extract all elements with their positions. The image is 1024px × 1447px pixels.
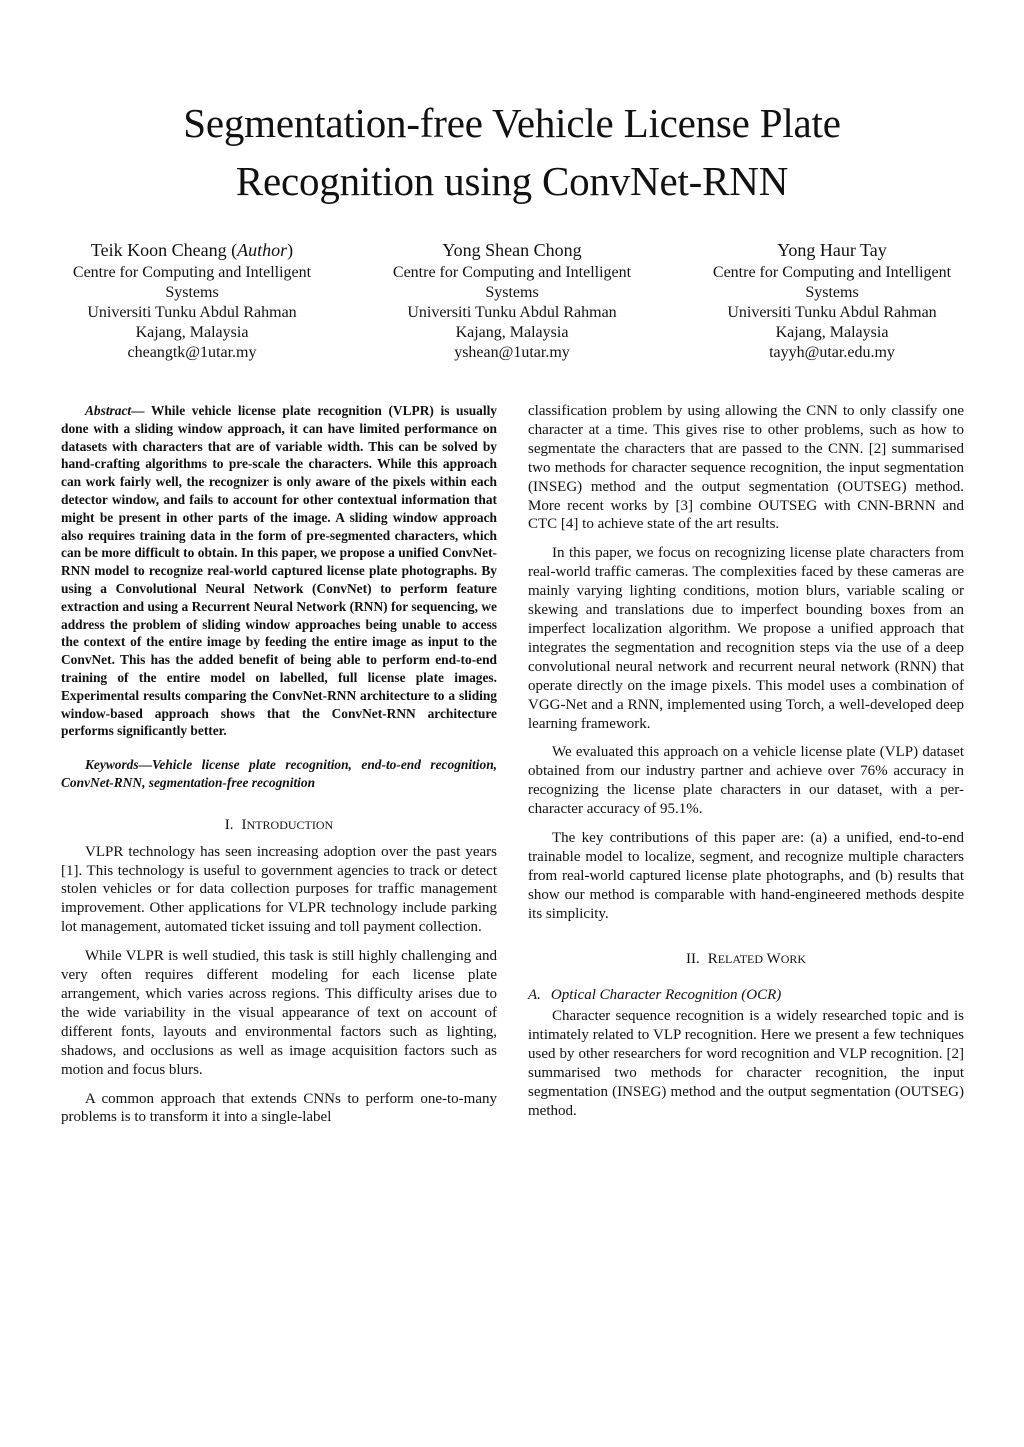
author-university: Universiti Tunku Abdul Rahman [672,303,992,323]
title-line-1: Segmentation-free Vehicle License Plate [0,94,1024,152]
title-line-2: Recognition using ConvNet-RNN [0,152,1024,210]
author-2: Yong Shean Chong Centre for Computing an… [352,238,672,363]
paragraph: VLPR technology has seen increasing adop… [61,843,497,938]
author-role: Author [237,240,287,260]
paper-title: Segmentation-free Vehicle License Plate … [0,94,1024,210]
author-affiliation: Centre for Computing and Intelligent [672,263,992,283]
author-affiliation-2: Systems [32,283,352,303]
paragraph: We evaluated this approach on a vehicle … [528,743,964,819]
author-university: Universiti Tunku Abdul Rahman [352,303,672,323]
abstract-label: Abstract [85,403,131,418]
author-name: Teik Koon Cheang [91,240,227,260]
paragraph: While VLPR is well studied, this task is… [61,947,497,1079]
author-block: Teik Koon Cheang (Author) Centre for Com… [32,238,992,363]
keywords: Keywords—Vehicle license plate recogniti… [61,756,497,792]
author-name: Yong Haur Tay [672,238,992,262]
right-column: classification problem by using allowing… [528,402,964,1131]
author-location: Kajang, Malaysia [32,323,352,343]
author-affiliation: Centre for Computing and Intelligent [32,263,352,283]
author-1: Teik Koon Cheang (Author) Centre for Com… [32,238,352,363]
author-3: Yong Haur Tay Centre for Computing and I… [672,238,992,363]
author-affiliation: Centre for Computing and Intelligent [352,263,672,283]
author-email: cheangtk@1utar.my [32,343,352,363]
keywords-label: Keywords— [85,757,152,772]
author-name: Yong Shean Chong [352,238,672,262]
subsection-heading-ocr: A.Optical Character Recognition (OCR) [528,986,964,1005]
paragraph: The key contributions of this paper are:… [528,829,964,924]
paragraph: classification problem by using allowing… [528,402,964,534]
author-email: tayyh@utar.edu.my [672,343,992,363]
section-heading-related-work: II.RELATED WORK [528,950,964,969]
author-email: yshean@1utar.my [352,343,672,363]
author-affiliation-2: Systems [672,283,992,303]
abstract-text: While vehicle license plate recognition … [61,403,497,738]
paragraph: Character sequence recognition is a wide… [528,1007,964,1120]
author-affiliation-2: Systems [352,283,672,303]
abstract: Abstract— While vehicle license plate re… [61,402,497,740]
paragraph: A common approach that extends CNNs to p… [61,1090,497,1128]
section-heading-introduction: I.INTRODUCTION [61,816,497,835]
author-university: Universiti Tunku Abdul Rahman [32,303,352,323]
author-location: Kajang, Malaysia [672,323,992,343]
author-location: Kajang, Malaysia [352,323,672,343]
left-column: Abstract— While vehicle license plate re… [61,402,497,1137]
paragraph: In this paper, we focus on recognizing l… [528,544,964,733]
